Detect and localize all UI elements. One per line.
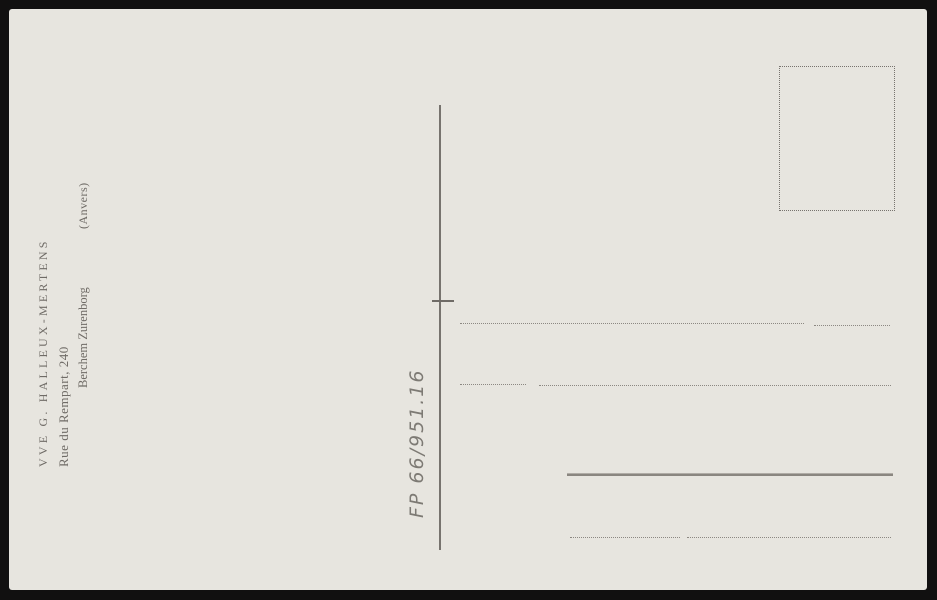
address-line-1b [814,325,890,326]
address-line-3 [567,473,893,476]
address-line-2a [460,384,526,385]
postcard-back: VVE G. HALLEUX-MERTENS Rue du Rempart, 2… [9,9,927,590]
address-line-1a [460,323,804,324]
publisher-city: Berchem Zurenborg [76,287,91,388]
publisher-street: Rue du Rempart, 240 [56,346,72,467]
address-line-4b [687,537,891,538]
publisher-imprint: VVE G. HALLEUX-MERTENS Rue du Rempart, 2… [36,131,126,471]
stamp-box [779,66,895,211]
publisher-region: (Anvers) [76,182,91,229]
divider-tick-mark [432,300,454,302]
message-address-divider [439,105,441,550]
publisher-name: VVE G. HALLEUX-MERTENS [36,238,51,467]
handwritten-reference-note: FP 66/951.16 [406,369,428,519]
address-line-2b [539,385,891,386]
address-line-4a [570,537,680,538]
